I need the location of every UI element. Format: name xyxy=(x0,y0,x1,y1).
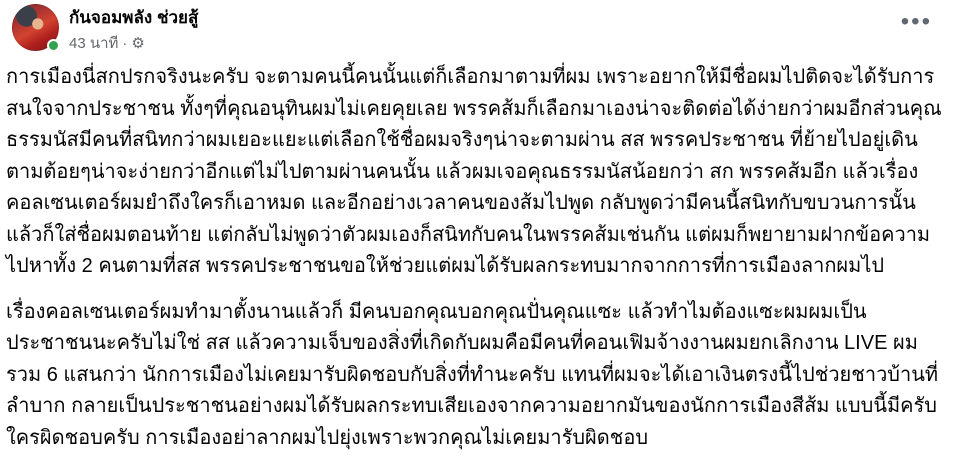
header-text-block: กันจอมพลัง ช่วยสู้ 43 นาที · ⚙ xyxy=(69,4,198,55)
post-meta: 43 นาที · ⚙ xyxy=(69,31,198,55)
post-header: กันจอมพลัง ช่วยสู้ 43 นาที · ⚙ xyxy=(0,0,960,58)
post-paragraph: เรื่องคอลเซนเตอร์ผมทำมาตั้งนานแล้วก็ มีค… xyxy=(6,297,952,455)
timestamp-link[interactable]: 43 นาที xyxy=(69,31,118,55)
post-body: การเมืองนี่สกปรกจริงนะครับ จะตามคนนี้คนน… xyxy=(0,58,960,454)
post-paragraph: การเมืองนี่สกปรกจริงนะครับ จะตามคนนี้คนน… xyxy=(6,62,952,283)
privacy-gear-icon: ⚙ xyxy=(131,36,144,51)
author-name-link[interactable]: กันจอมพลัง ช่วยสู้ xyxy=(69,7,198,29)
more-options-button[interactable]: ••• xyxy=(895,8,938,36)
profile-avatar[interactable] xyxy=(12,4,59,51)
meta-separator: · xyxy=(122,35,127,52)
facebook-post: กันจอมพลัง ช่วยสู้ 43 นาที · ⚙ ••• การเม… xyxy=(0,0,960,462)
online-status-dot xyxy=(47,39,60,52)
